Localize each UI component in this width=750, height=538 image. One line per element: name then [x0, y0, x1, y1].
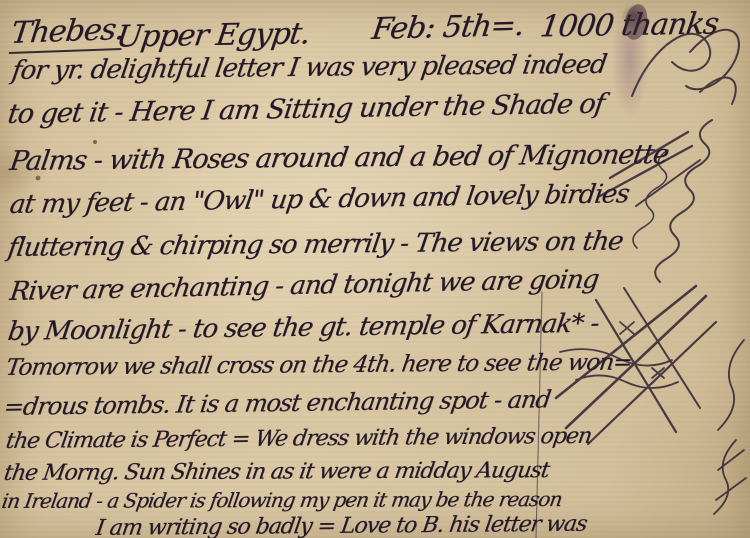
cross-writing-overlay: [0, 0, 750, 538]
letter-page: Thebes. Upper Egypt. Feb: 5th=. 1000 tha…: [0, 0, 750, 538]
